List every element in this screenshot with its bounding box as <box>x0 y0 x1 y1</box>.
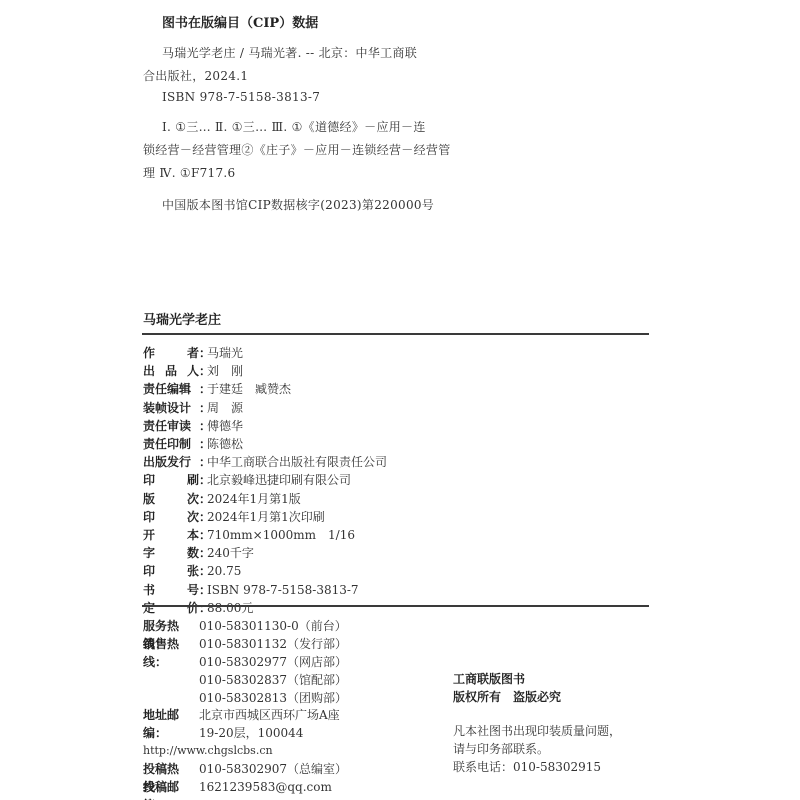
book-title: 马瑞光学老庄 <box>143 309 221 328</box>
detail-row: 责任编辑：于建廷 臧赞杰 <box>143 380 291 398</box>
detail-value: 于建廷 臧赞杰 <box>205 380 291 398</box>
divider-top <box>142 333 649 335</box>
detail-label: 责任审读 <box>143 417 199 435</box>
divider-bottom <box>142 605 649 607</box>
detail-value: 北京毅峰迅捷印刷有限公司 <box>205 471 351 489</box>
detail-label: 书号 <box>143 581 199 599</box>
submission-hotline-label: 投稿热线： <box>143 760 199 778</box>
submission-hotline-value: 010-58302907（总编室） <box>199 760 347 778</box>
sales-hotline-value: 010-58301132（发行部） <box>199 635 347 653</box>
sales-hotline-value: 010-58302977（网店部） <box>199 653 347 671</box>
cip-title: 图书在版编目（CIP）数据 <box>162 12 318 31</box>
service-hotline-label: 服务热线： <box>143 617 199 635</box>
detail-value: 88.00元 <box>205 599 253 617</box>
service-hotline: 服务热线： 010-58301130-0（前台） <box>143 617 347 635</box>
submission-hotline: 投稿热线： 010-58302907（总编室） <box>143 760 347 778</box>
sales-hotline-value: 010-58302813（团购部） <box>199 689 347 707</box>
detail-value: 陈德松 <box>205 435 243 453</box>
detail-label: 开本 <box>143 526 199 544</box>
notice-line: 凡本社图书出现印装质量问题， <box>453 722 621 739</box>
detail-label: 责任编辑 <box>143 380 199 398</box>
detail-value: 刘 刚 <box>205 362 243 380</box>
detail-row: 印刷：北京毅峰迅捷印刷有限公司 <box>143 471 351 489</box>
detail-value: 傅德华 <box>205 417 243 435</box>
detail-value: 20.75 <box>205 562 241 580</box>
detail-value: ISBN 978-7-5158-3813-7 <box>205 581 359 599</box>
detail-row: 版次：2024年1月第1版 <box>143 490 301 508</box>
address-value: 19-20层，100044 <box>199 724 303 742</box>
detail-value: 2024年1月第1次印刷 <box>205 508 325 526</box>
detail-row: 书号：ISBN 978-7-5158-3813-7 <box>143 581 359 599</box>
notice-phone: 联系电话：010-58302915 <box>453 758 601 775</box>
sales-hotline-value: 010-58302837（馆配部） <box>199 671 347 689</box>
detail-label: 版次 <box>143 490 199 508</box>
cip-line: 马瑞光学老庄 / 马瑞光著. -- 北京：中华工商联 <box>162 44 417 61</box>
detail-value: 周 源 <box>205 399 243 417</box>
sales-hotline-extra: 010-58302813（团购部） <box>143 689 347 707</box>
detail-row: 定价：88.00元 <box>143 599 253 617</box>
service-hotline-value: 010-58301130-0（前台） <box>199 617 347 635</box>
address-value: 北京市西城区西环广场A座 <box>199 706 340 724</box>
detail-label: 字数 <box>143 544 199 562</box>
detail-label: 出版发行 <box>143 453 199 471</box>
sales-hotline-extra: 010-58302837（馆配部） <box>143 671 347 689</box>
detail-row: 出版发行：中华工商联合出版社有限责任公司 <box>143 453 387 471</box>
website-link[interactable]: http://www.chgslcbs.cn <box>143 742 273 760</box>
detail-label: 印次 <box>143 508 199 526</box>
detail-row: 责任印制：陈德松 <box>143 435 243 453</box>
detail-value: 240千字 <box>205 544 254 562</box>
submission-email: 投稿邮箱： 1621239583@qq.com <box>143 778 332 796</box>
cip-line: 合出版社，2024.1 <box>143 67 248 84</box>
detail-row: 作者：马瑞光 <box>143 344 243 362</box>
address-line-2: 19-20层，100044 <box>143 724 303 742</box>
cip-data-number: 中国版本图书馆CIP数据核字(2023)第220000号 <box>162 196 434 213</box>
sales-hotline-label: 销售热线： <box>143 635 199 653</box>
detail-value: 马瑞光 <box>205 344 243 362</box>
detail-row: 字数：240千字 <box>143 544 254 562</box>
cip-line: 锁经营－经营管理②《庄子》－应用－连锁经营－经营管 <box>143 141 451 158</box>
copyright-line: 版权所有 盗版必究 <box>453 688 561 705</box>
address-label: 地址邮编： <box>143 706 199 724</box>
detail-label: 定价 <box>143 599 199 617</box>
cip-line: 理 Ⅳ. ①F717.6 <box>143 164 235 181</box>
notice-line: 请与印务部联系。 <box>453 740 549 757</box>
cip-line: ISBN 978-7-5158-3813-7 <box>162 90 320 104</box>
detail-row: 开本：710mm×1000mm 1/16 <box>143 526 355 544</box>
detail-row: 印张：20.75 <box>143 562 241 580</box>
detail-label: 责任印制 <box>143 435 199 453</box>
cip-line: Ⅰ. ①三… Ⅱ. ①三… Ⅲ. ①《道德经》－应用－连 <box>162 118 426 135</box>
sales-hotline-extra: 010-58302977（网店部） <box>143 653 347 671</box>
detail-label: 印张 <box>143 562 199 580</box>
detail-label: 印刷 <box>143 471 199 489</box>
publisher-line: 工商联版图书 <box>453 670 525 687</box>
detail-row: 责任审读：傅德华 <box>143 417 243 435</box>
address: 地址邮编： 北京市西城区西环广场A座 <box>143 706 340 724</box>
detail-row: 印次：2024年1月第1次印刷 <box>143 508 325 526</box>
detail-row: 装帧设计：周 源 <box>143 399 243 417</box>
detail-row: 出品人：刘 刚 <box>143 362 243 380</box>
submission-email-value[interactable]: 1621239583@qq.com <box>199 778 332 796</box>
sales-hotline: 销售热线： 010-58301132（发行部） <box>143 635 347 653</box>
detail-value: 710mm×1000mm 1/16 <box>205 526 355 544</box>
detail-value: 中华工商联合出版社有限责任公司 <box>205 453 387 471</box>
detail-value: 2024年1月第1版 <box>205 490 301 508</box>
detail-label: 装帧设计 <box>143 399 199 417</box>
detail-label: 出品人 <box>143 362 199 380</box>
website[interactable]: http://www.chgslcbs.cn <box>143 742 273 760</box>
submission-email-label: 投稿邮箱： <box>143 778 199 796</box>
detail-label: 作者 <box>143 344 199 362</box>
